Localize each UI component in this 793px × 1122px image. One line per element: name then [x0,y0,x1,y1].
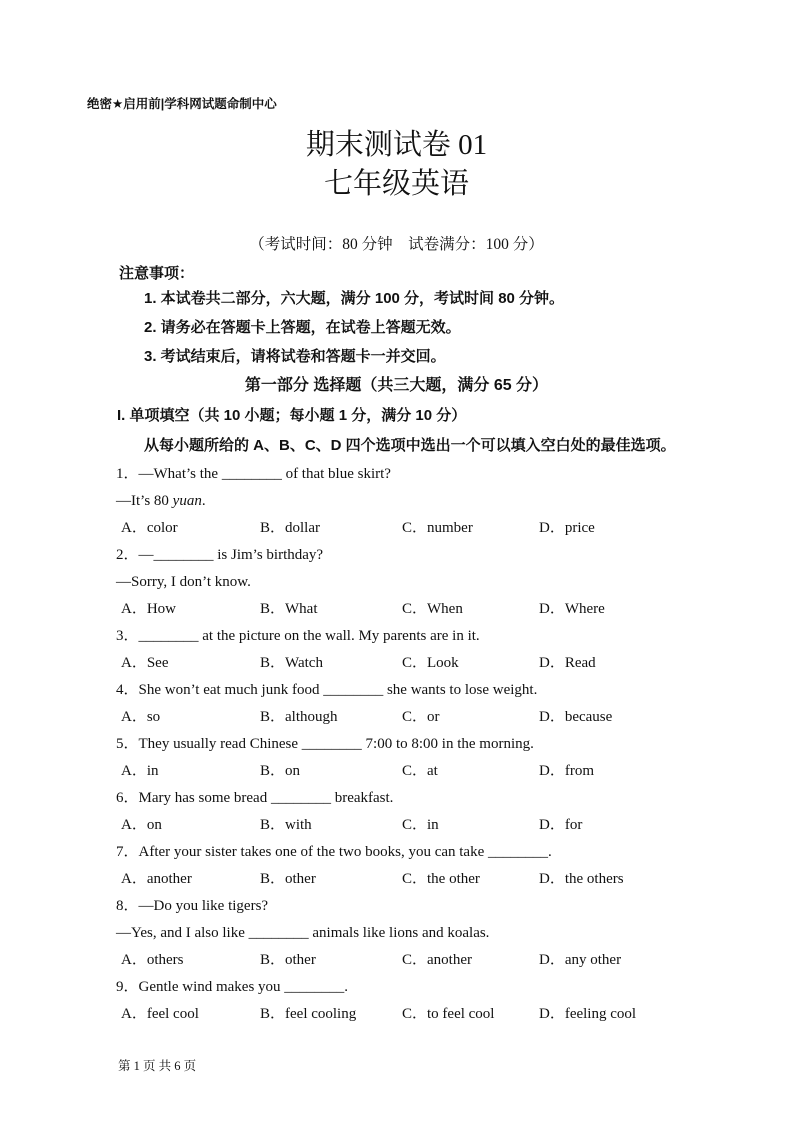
question-9-option-B: B．feel cooling [260,1001,356,1028]
question-8-option-A: A．others [121,947,184,974]
question-1-line-2: —It’s 80 yuan. [116,488,763,515]
question-8-option-D: D．any other [539,947,621,974]
section-title: 第一部分 选择题（共三大题，满分 65 分） [0,375,793,396]
question-6-option-A: A．on [121,812,162,839]
question-9-options-row: A．feel coolB．feel coolingC．to feel coolD… [116,1001,763,1028]
question-3-line-1: 3．________ at the picture on the wall. M… [116,623,763,650]
question-8-options-row: A．othersB．otherC．anotherD．any other [116,947,763,974]
question-4-options-row: A．soB．althoughC．orD．because [116,704,763,731]
question-8-option-B: B．other [260,947,316,974]
question-text: 8．—Do you like tigers? [116,898,268,914]
question-9-option-C: C．to feel cool [402,1001,494,1028]
part1-heading: I. 单项填空（共 10 小题；每小题 1 分，满分 10 分） [117,406,466,426]
question-1-option-B: B．dollar [260,515,320,542]
question-text: 7．After your sister takes one of the two… [116,844,552,860]
question-8-line-2: —Yes, and I also like ________ animals l… [116,920,763,947]
question-2-option-A: A．How [121,596,176,623]
question-text: 9．Gentle wind makes you ________. [116,979,348,995]
question-8-option-C: C．another [402,947,472,974]
exam-subject-title: 七年级英语 [0,166,793,203]
question-5-options-row: A．inB．onC．atD．from [116,758,763,785]
question-1-option-A: A．color [121,515,178,542]
question-2-option-D: D．Where [539,596,605,623]
question-7-options-row: A．anotherB．otherC．the otherD．the others [116,866,763,893]
question-4-line-1: 4．She won’t eat much junk food ________ … [116,677,763,704]
question-3-option-A: A．See [121,650,169,677]
italic-text: yuan [173,493,202,509]
question-5-option-C: C．at [402,758,438,785]
question-4-option-A: A．so [121,704,160,731]
question-9-option-A: A．feel cool [121,1001,199,1028]
question-3-option-D: D．Read [539,650,596,677]
question-5-option-A: A．in [121,758,159,785]
question-1-line-1: 1．—What’s the ________ of that blue skir… [116,461,763,488]
question-text: 3．________ at the picture on the wall. M… [116,628,480,644]
question-5-option-B: B．on [260,758,300,785]
notice-item-2: 2. 请务必在答题卡上答题，在试卷上答题无效。 [144,318,461,338]
question-7-option-C: C．the other [402,866,480,893]
question-text: —Sorry, I don’t know. [116,574,251,590]
notice-heading: 注意事项： [119,264,194,284]
question-9-option-D: D．feeling cool [539,1001,636,1028]
question-6-option-C: C．in [402,812,439,839]
question-5-option-D: D．from [539,758,594,785]
part1-instruction: 从每小题所给的 A、B、C、D 四个选项中选出一个可以填入空白处的最佳选项。 [144,436,676,456]
exam-info-line: （考试时间：80 分钟 试卷满分：100 分） [0,232,793,254]
question-5-line-1: 5．They usually read Chinese ________ 7:0… [116,731,763,758]
question-text: —Yes, and I also like ________ animals l… [116,925,489,941]
question-8-line-1: 8．—Do you like tigers? [116,893,763,920]
question-7-option-A: A．another [121,866,192,893]
question-text: 6．Mary has some bread ________ breakfast… [116,790,393,806]
question-6-option-D: D．for [539,812,582,839]
page-footer: 第 1 页 共 6 页 [118,1056,196,1074]
exam-title: 期末测试卷 01 [0,127,793,164]
question-text: —It’s 80 [116,493,173,509]
question-6-line-1: 6．Mary has some bread ________ breakfast… [116,785,763,812]
question-text: . [202,493,206,509]
question-4-option-C: C．or [402,704,440,731]
secret-header: 绝密★启用前|学科网试题命制中心 [87,94,277,112]
question-1-options-row: A．colorB．dollarC．numberD．price [116,515,763,542]
questions-list: 1．—What’s the ________ of that blue skir… [116,461,763,1028]
question-7-option-D: D．the others [539,866,624,893]
question-3-options-row: A．SeeB．WatchC．LookD．Read [116,650,763,677]
question-2-line-1: 2．—________ is Jim’s birthday? [116,542,763,569]
question-3-option-C: C．Look [402,650,459,677]
question-6-options-row: A．onB．withC．inD．for [116,812,763,839]
question-text: 1．—What’s the ________ of that blue skir… [116,466,391,482]
question-7-option-B: B．other [260,866,316,893]
notice-item-1: 1. 本试卷共二部分，六大题，满分 100 分，考试时间 80 分钟。 [144,289,564,309]
question-2-options-row: A．HowB．WhatC．WhenD．Where [116,596,763,623]
question-4-option-B: B．although [260,704,338,731]
question-9-line-1: 9．Gentle wind makes you ________. [116,974,763,1001]
question-3-option-B: B．Watch [260,650,323,677]
question-1-option-C: C．number [402,515,473,542]
notice-item-3: 3. 考试结束后，请将试卷和答题卡一并交回。 [144,347,446,367]
question-2-line-2: —Sorry, I don’t know. [116,569,763,596]
question-1-option-D: D．price [539,515,595,542]
question-text: 4．She won’t eat much junk food ________ … [116,682,537,698]
question-text: 5．They usually read Chinese ________ 7:0… [116,736,534,752]
question-4-option-D: D．because [539,704,612,731]
question-2-option-C: C．When [402,596,463,623]
question-7-line-1: 7．After your sister takes one of the two… [116,839,763,866]
exam-paper-page: 绝密★启用前|学科网试题命制中心 期末测试卷 01 七年级英语 （考试时间：80… [0,0,793,1122]
question-2-option-B: B．What [260,596,318,623]
question-6-option-B: B．with [260,812,312,839]
question-text: 2．—________ is Jim’s birthday? [116,547,323,563]
